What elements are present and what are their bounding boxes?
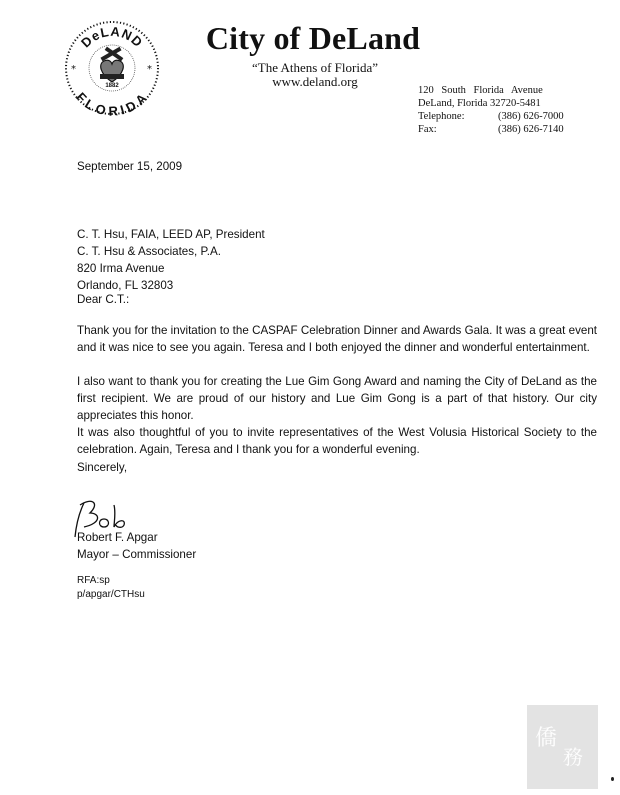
city-website-link[interactable]: www.deland.org bbox=[230, 74, 400, 90]
reference-initials: RFA:sp bbox=[77, 574, 145, 588]
city-address-block: 120 South Florida Avenue DeLand, Florida… bbox=[418, 84, 564, 136]
body-paragraph: I also want to thank you for creating th… bbox=[77, 373, 597, 424]
svg-text:*: * bbox=[147, 64, 152, 75]
body-paragraph: It was also thoughtful of you to invite … bbox=[77, 424, 597, 458]
telephone-row: Telephone:(386) 626-7000 bbox=[418, 110, 564, 123]
svg-text:FLORIDA: FLORIDA bbox=[73, 89, 150, 118]
recipient-address: C. T. Hsu, FAIA, LEED AP, President C. T… bbox=[77, 226, 265, 294]
signer-block: Robert F. Apgar Mayor – Commissioner bbox=[77, 529, 196, 563]
svg-text:DeLAND: DeLAND bbox=[78, 24, 146, 51]
city-title: City of DeLand bbox=[203, 20, 423, 57]
city-seal-icon: DeLAND FLORIDA * * 1882 bbox=[62, 18, 162, 118]
fax-label: Fax: bbox=[418, 123, 498, 136]
signer-title: Mayor – Commissioner bbox=[77, 546, 196, 563]
recipient-line: 820 Irma Avenue bbox=[77, 260, 265, 277]
telephone-label: Telephone: bbox=[418, 110, 498, 123]
fax-value: (386) 626-7140 bbox=[498, 124, 564, 135]
watermark-char: 務 bbox=[563, 741, 583, 770]
file-path: p/apgar/CTHsu bbox=[77, 588, 145, 602]
fax-row: Fax:(386) 626-7140 bbox=[418, 123, 564, 136]
watermark-char: 僑 bbox=[535, 721, 557, 752]
svg-text:*: * bbox=[71, 64, 76, 75]
letter-date: September 15, 2009 bbox=[77, 158, 182, 175]
body-paragraph: Thank you for the invitation to the CASP… bbox=[77, 322, 597, 356]
address-street: 120 South Florida Avenue bbox=[418, 84, 564, 97]
recipient-line: C. T. Hsu, FAIA, LEED AP, President bbox=[77, 226, 265, 243]
scan-speck bbox=[611, 777, 614, 781]
address-city: DeLand, Florida 32720-5481 bbox=[418, 97, 564, 110]
svg-text:1882: 1882 bbox=[105, 83, 119, 89]
recipient-line: C. T. Hsu & Associates, P.A. bbox=[77, 243, 265, 260]
reference-block: RFA:sp p/apgar/CTHsu bbox=[77, 574, 145, 602]
salutation: Dear C.T.: bbox=[77, 291, 129, 308]
watermark-stamp: 僑 務 bbox=[527, 705, 598, 789]
signer-name: Robert F. Apgar bbox=[77, 529, 196, 546]
closing: Sincerely, bbox=[77, 459, 127, 476]
telephone-value: (386) 626-7000 bbox=[498, 111, 564, 122]
